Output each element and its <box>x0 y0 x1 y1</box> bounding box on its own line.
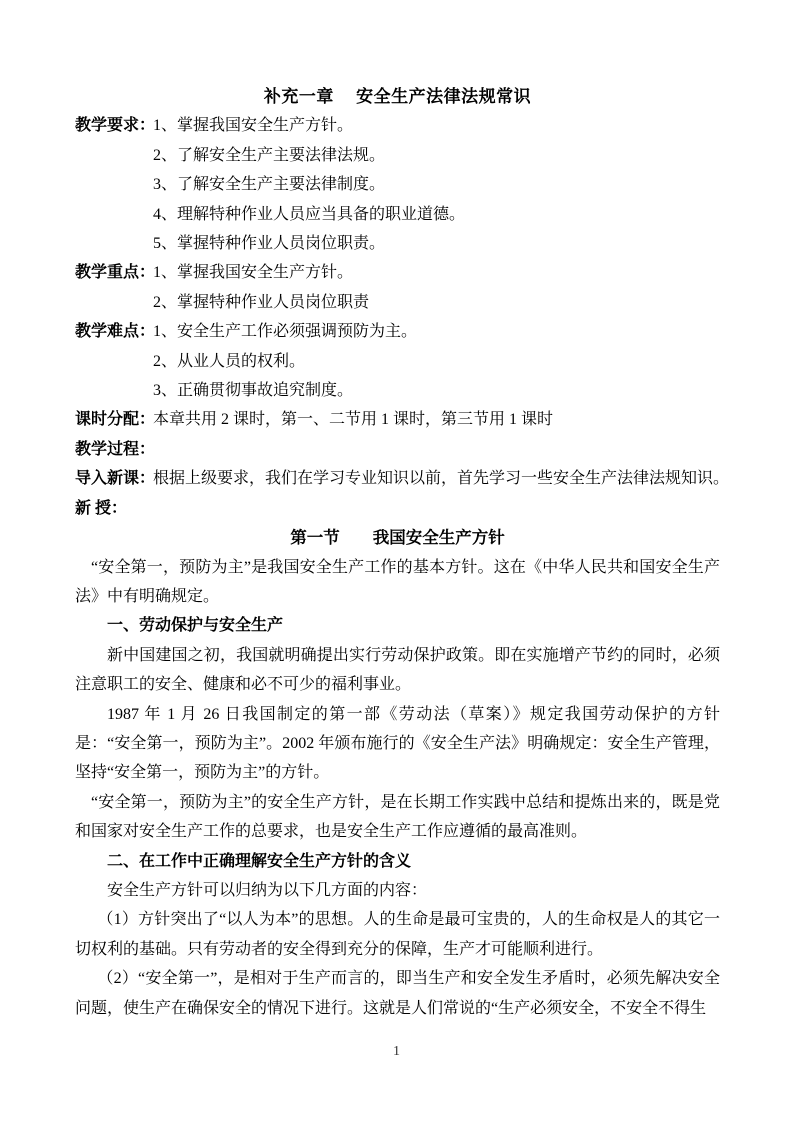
section1-intro-paragraph: “安全第一，预防为主”是我国安全生产工作的基本方针。这在《中华人民共和国安全生产… <box>75 553 720 612</box>
requirement-item: 2、了解安全生产主要法律法规。 <box>153 141 720 170</box>
body-paragraph: （2）“安全第一”，是相对于生产而言的，即当生产和安全发生矛盾时，必须先解决安全… <box>75 964 720 1023</box>
teaching-difficulties-label: 教学难点： <box>75 317 155 346</box>
new-lesson-label: 新 授： <box>75 494 720 523</box>
requirement-item: 1、掌握我国安全生产方针。 <box>153 111 720 140</box>
keypoint-item: 1、掌握我国安全生产方针。 <box>153 258 720 287</box>
keypoint-item: 2、掌握特种作业人员岗位职责 <box>153 288 720 317</box>
class-schedule-text: 本章共用 2 课时，第一、二节用 1 课时，第三节用 1 课时 <box>153 405 720 434</box>
requirement-item: 3、了解安全生产主要法律制度。 <box>153 170 720 199</box>
teaching-requirements-section: 教学要求： 1、掌握我国安全生产方针。 2、了解安全生产主要法律法规。 3、了解… <box>75 111 720 258</box>
body-paragraph: 1987 年 1 月 26 日我国制定的第一部《劳动法（草案）》规定我国劳动保护… <box>75 700 720 788</box>
requirement-item: 4、理解特种作业人员应当具备的职业道德。 <box>153 200 720 229</box>
subsection1-heading: 一、劳动保护与安全生产 <box>75 611 720 640</box>
teaching-keypoints-label: 教学重点： <box>75 258 155 287</box>
document-page: 补充一章 安全生产法律法规常识 教学要求： 1、掌握我国安全生产方针。 2、了解… <box>0 0 793 1122</box>
requirement-item: 5、掌握特种作业人员岗位职责。 <box>153 229 720 258</box>
difficulty-item: 1、安全生产工作必须强调预防为主。 <box>153 317 720 346</box>
lead-in-label: 导入新课： <box>75 464 155 493</box>
difficulty-item: 2、从业人员的权利。 <box>153 347 720 376</box>
body-paragraph: “安全第一，预防为主”的安全生产方针，是在长期工作实践中总结和提炼出来的，既是党… <box>75 788 720 847</box>
lead-in-text: 根据上级要求，我们在学习专业知识以前，首先学习一些安全生产法律法规知识。 <box>153 464 720 493</box>
body-paragraph: （1）方针突出了“以人为本”的思想。人的生命是最可宝贵的，人的生命权是人的其它一… <box>75 905 720 964</box>
lead-in-line: 导入新课： 根据上级要求，我们在学习专业知识以前，首先学习一些安全生产法律法规知… <box>75 464 720 493</box>
subsection2-heading: 二、在工作中正确理解安全生产方针的含义 <box>75 847 720 876</box>
teaching-keypoints-section: 教学重点： 1、掌握我国安全生产方针。 2、掌握特种作业人员岗位职责 <box>75 258 720 317</box>
teaching-difficulties-section: 教学难点： 1、安全生产工作必须强调预防为主。 2、从业人员的权利。 3、正确贯… <box>75 317 720 405</box>
section1-heading: 第一节 我国安全生产方针 <box>75 523 720 552</box>
page-title: 补充一章 安全生产法律法规常识 <box>75 82 720 111</box>
class-schedule-label: 课时分配： <box>75 405 155 434</box>
page-number: 1 <box>0 1044 793 1060</box>
body-paragraph: 安全生产方针可以归纳为以下几方面的内容： <box>75 876 720 905</box>
teaching-process-label: 教学过程： <box>75 435 720 464</box>
body-paragraph: 新中国建国之初，我国就明确提出实行劳动保护政策。即在实施增产节约的同时，必须注意… <box>75 641 720 700</box>
difficulty-item: 3、正确贯彻事故追究制度。 <box>153 376 720 405</box>
class-schedule-line: 课时分配： 本章共用 2 课时，第一、二节用 1 课时，第三节用 1 课时 <box>75 405 720 434</box>
teaching-requirements-label: 教学要求： <box>75 111 155 140</box>
document-content: 补充一章 安全生产法律法规常识 教学要求： 1、掌握我国安全生产方针。 2、了解… <box>75 82 720 1023</box>
